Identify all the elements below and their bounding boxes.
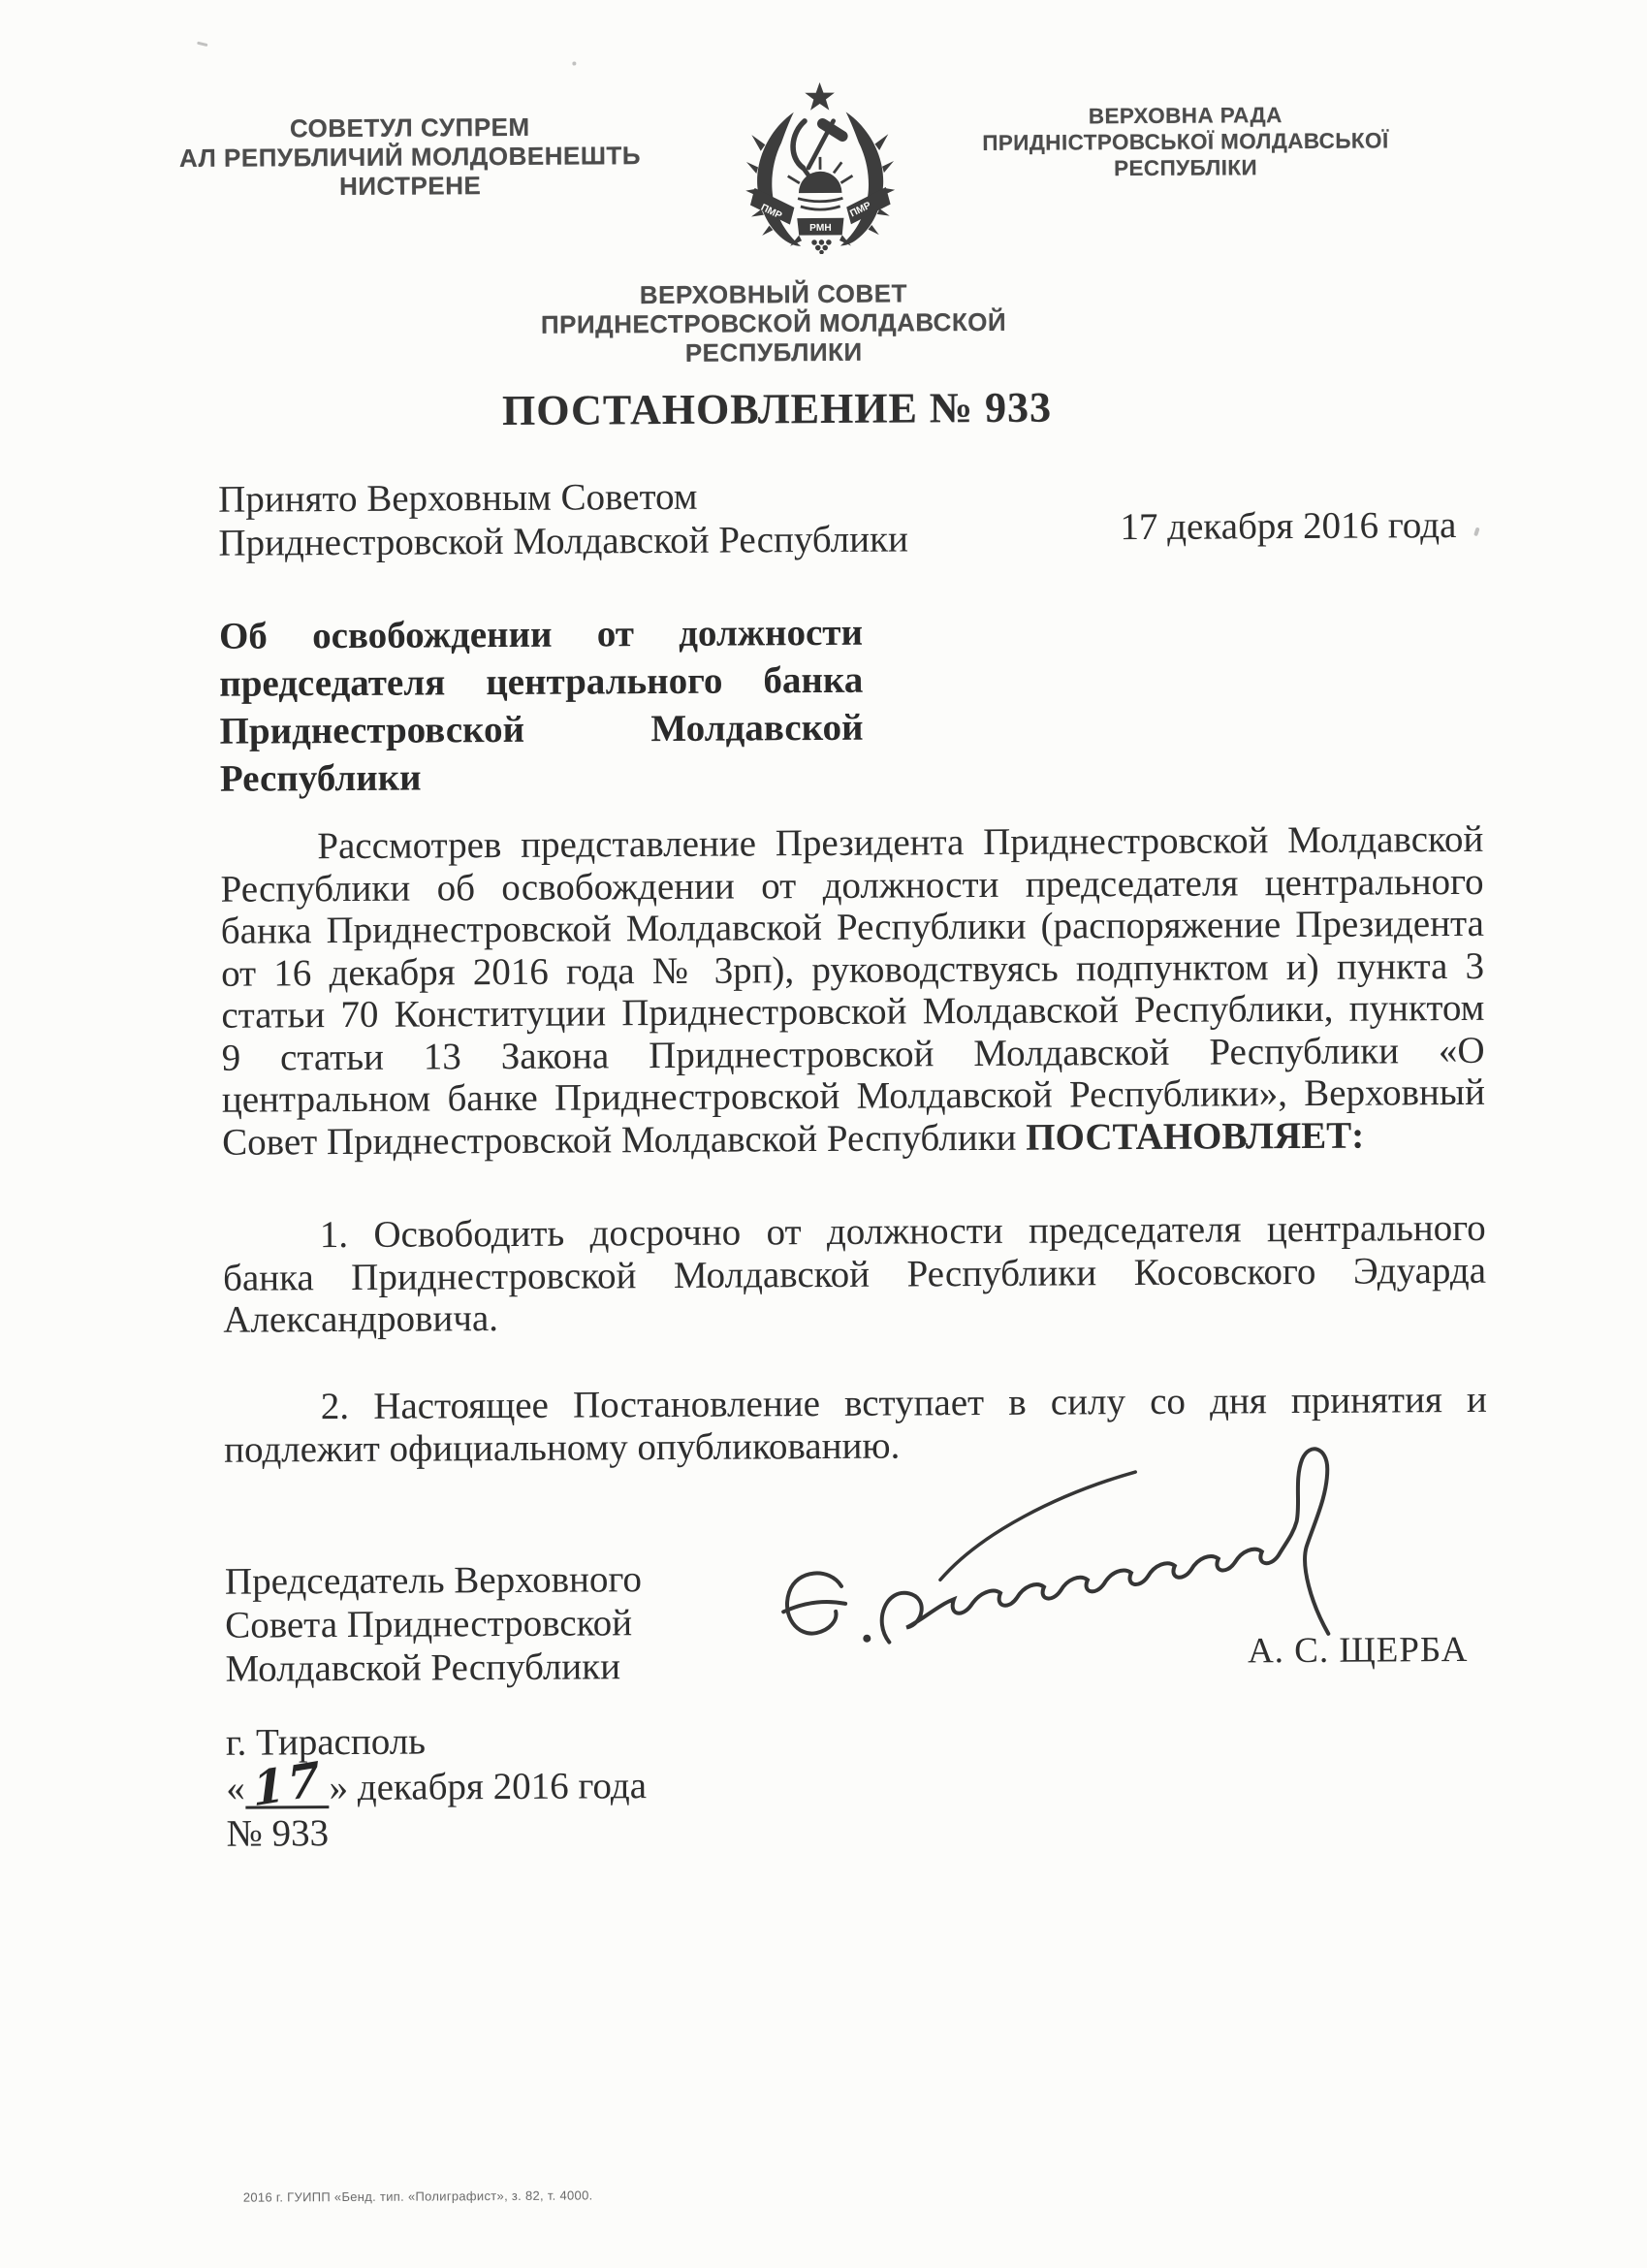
- ribbon-bottom-label: РМН: [809, 223, 832, 234]
- header-left-title: СОВЕТУЛ СУПРЕМ АЛ РЕПУБЛИЧИЙ МОЛДОВЕНЕШТ…: [150, 112, 671, 202]
- adoption-date: 17 декабря 2016 года: [1063, 504, 1456, 549]
- signer-title-line3: Молдавской Республики: [225, 1644, 826, 1691]
- resolves-word: ПОСТАНОВЛЯЕТ:: [1026, 1114, 1364, 1158]
- org-line3: РЕСПУБЛИКИ: [366, 335, 1181, 369]
- coat-of-arms-icon: ПМР ПМР РМН: [744, 81, 898, 255]
- signature-svg: [747, 1419, 1375, 1665]
- item1-line: банка Приднестровской Молдавской Республ…: [223, 1249, 1486, 1298]
- resolution-item-1: 1. Освободить досрочно от должности пред…: [223, 1207, 1487, 1341]
- signer-title-line2: Совета Приднестровской: [225, 1600, 826, 1647]
- header-left-line3: НИСТРЕНЕ: [150, 170, 670, 202]
- handwritten-day-underline: 17: [245, 1767, 330, 1809]
- preamble-line: банка Приднестровской Молдавской Республ…: [221, 903, 1484, 952]
- signer-title-line1: Председатель Верховного: [225, 1556, 826, 1604]
- subject-heading: Об освобождении от должности председател…: [219, 609, 864, 803]
- signer-title: Председатель Верховного Совета Приднестр…: [225, 1556, 827, 1691]
- adoption-line2: Приднестровской Молдавской Республики: [218, 517, 955, 565]
- item1-line: 1. Освободить досрочно от должности пред…: [223, 1207, 1486, 1257]
- header-right-line3: РЕСПУБЛІКИ: [947, 153, 1424, 182]
- scanned-document-page: СОВЕТУЛ СУПРЕМ АЛ РЕПУБЛИЧИЙ МОЛДОВЕНЕШТ…: [0, 0, 1647, 2268]
- item1-line: Александровича.: [223, 1292, 1486, 1341]
- preamble-paragraph: Рассмотрев представление Президента Прид…: [220, 818, 1485, 1164]
- river-waves: [798, 198, 842, 209]
- header-right-line2: ПРИДНІСТРОВСЬКОЇ МОЛДАВСЬКОЇ: [947, 127, 1424, 156]
- adoption-line1: Принято Верховным Советом: [218, 473, 955, 522]
- preamble-line: статьи 70 Конституции Приднестровской Мо…: [221, 987, 1484, 1037]
- handwritten-day: 17: [251, 1761, 323, 1807]
- print-shop-footer: 2016 г. ГУИПП «Бенд. тип. «Полиграфист»,…: [243, 2188, 593, 2204]
- header-right-line1: ВЕРХОВНА РАДА: [947, 101, 1424, 130]
- subject-line: председателя центрального банка: [219, 656, 863, 708]
- header-left-line2: АЛ РЕПУБЛИЧИЙ МОЛДОВЕНЕШТЬ: [150, 141, 670, 173]
- issued-number: № 933: [226, 1807, 827, 1857]
- issued-date-rest: » декабря 2016 года: [329, 1765, 647, 1808]
- document-title: ПОСТАНОВЛЕНИЕ № 933: [335, 382, 1218, 437]
- header-right-title: ВЕРХОВНА РАДА ПРИДНІСТРОВСЬКОЇ МОЛДАВСЬК…: [947, 101, 1424, 182]
- scan-speck: [1473, 527, 1480, 536]
- subject-line: Об освобождении от должности: [219, 609, 863, 660]
- org-title: ВЕРХОВНЫЙ СОВЕТ ПРИДНЕСТРОВСКОЙ МОЛДАВСК…: [366, 277, 1182, 369]
- star-icon: [805, 82, 835, 111]
- subject-line: Республики: [220, 751, 864, 803]
- preamble-line: Рассмотрев представление Президента Прид…: [220, 818, 1483, 868]
- scan-speck: [572, 62, 576, 66]
- coat-of-arms-svg: ПМР ПМР РМН: [744, 81, 898, 255]
- sun-icon: [799, 172, 842, 194]
- open-guillemet: «: [226, 1768, 245, 1809]
- grapes-icon: [811, 240, 831, 254]
- adoption-block: Принято Верховным Советом Приднестровско…: [218, 473, 956, 565]
- issued-date-line: «17» декабря 2016 года: [226, 1762, 827, 1811]
- preamble-last-text: Совет Приднестровской Молдавской Республ…: [222, 1116, 1026, 1163]
- header-left-line1: СОВЕТУЛ СУПРЕМ: [150, 112, 670, 144]
- scan-speck: [197, 42, 207, 48]
- subject-line: Приднестровской Молдавской: [219, 704, 863, 755]
- preamble-last-line: Совет Приднестровской Молдавской Республ…: [222, 1113, 1485, 1163]
- signature-scrawl: [747, 1419, 1375, 1665]
- signer-name: А. С. ЩЕРБА: [1119, 1629, 1468, 1673]
- issued-block: г. Тирасполь «17» декабря 2016 года № 93…: [226, 1716, 828, 1857]
